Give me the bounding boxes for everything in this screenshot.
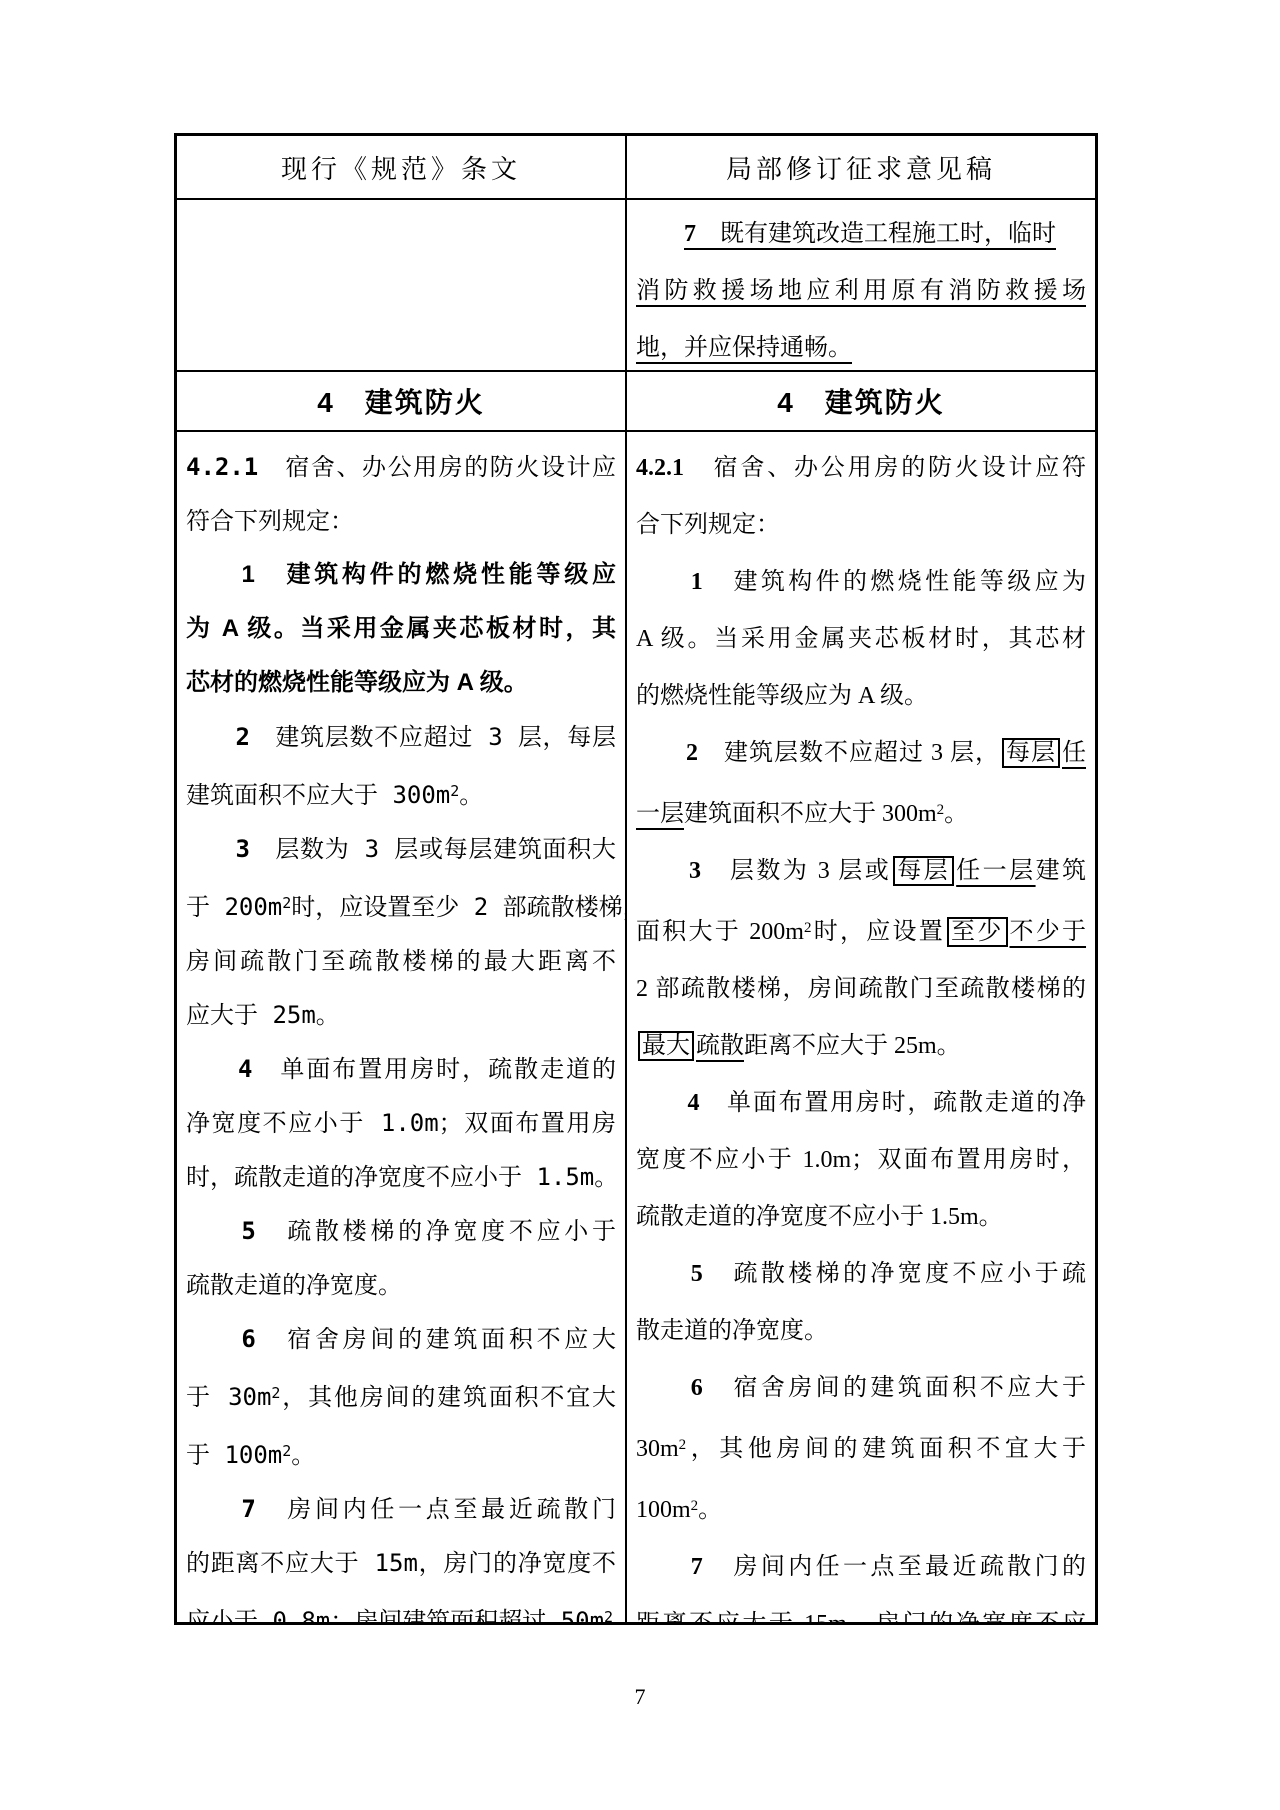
text-line: 5 疏散楼梯的净宽度不应小于疏 [636, 1246, 1086, 1303]
text-line: 100m2。 [636, 1478, 1086, 1539]
text-line: 1 建筑构件的燃烧性能等级应为 [636, 554, 1086, 611]
text-line: 2 建筑层数不应超过 3 层，每层 [186, 710, 616, 764]
text-line: 于 30m2，其他房间的建筑面积不宜大 [186, 1366, 616, 1424]
text-line: 距离不应大于 15m，房门的净宽度不应 [636, 1596, 1086, 1622]
text-line: 为 A 级。当采用金属夹芯板材时，其 [186, 602, 616, 656]
text-line: 2 部疏散楼梯，房间疏散门至疏散楼梯的 [636, 961, 1086, 1018]
text-line: 1 建筑构件的燃烧性能等级应 [186, 548, 616, 602]
text-line: 一层建筑面积不应大于 300m2。 [636, 782, 1086, 843]
text-line: 30m2，其他房间的建筑面积不宜大于 [636, 1417, 1086, 1478]
addition-row-right-cell: 7 既有建筑改造工程施工时，临时消防救援场地应利用原有消防救援场地，并应保持通畅… [627, 200, 1095, 372]
text-line: 宽度不应小于 1.0m；双面布置用房时， [636, 1132, 1086, 1189]
text-line: 4 单面布置用房时，疏散走道的 [186, 1042, 616, 1096]
text-line: A 级。当采用金属夹芯板材时，其芯材 [636, 611, 1086, 668]
text-line: 建筑面积不应大于 300m2。 [186, 764, 616, 822]
text-line: 4 单面布置用房时，疏散走道的净 [636, 1075, 1086, 1132]
text-line: 符合下列规定： [186, 494, 616, 548]
text-line: 应大于 25m。 [186, 988, 616, 1042]
text-line: 应小于 0.8m；房间建筑面积超过 50m2 [186, 1590, 616, 1622]
text-line: 散走道的净宽度。 [636, 1303, 1086, 1360]
header-current-code: 现行《规范》条文 [177, 136, 627, 200]
text-line: 于 100m2。 [186, 1424, 616, 1482]
text-line: 消防救援场地应利用原有消防救援场 [636, 263, 1086, 320]
text-line: 疏散走道的净宽度不应小于 1.5m。 [636, 1189, 1086, 1246]
text-line: 6 宿舍房间的建筑面积不应大于 [636, 1360, 1086, 1417]
page-number: 7 [0, 1684, 1280, 1710]
text-line: 4.2.1 宿舍、办公用房的防火设计应符 [636, 440, 1086, 497]
text-line: 时，疏散走道的净宽度不应小于 1.5m。 [186, 1150, 616, 1204]
addition-row-left-cell [177, 200, 627, 372]
header-revision-draft: 局部修订征求意见稿 [627, 136, 1095, 200]
text-line: 7 房间内任一点至最近疏散门的 [636, 1539, 1086, 1596]
text-line: 于 200m2时，应设置至少 2 部疏散楼梯， [186, 876, 616, 934]
text-line: 3 层数为 3 层或每层任一层建筑 [636, 843, 1086, 900]
body-left-cell: 4.2.1 宿舍、办公用房的防火设计应符合下列规定： 1 建筑构件的燃烧性能等级… [177, 432, 627, 1622]
text-line: 4.2.1 宿舍、办公用房的防火设计应 [186, 440, 616, 494]
header-revision-draft-label: 局部修订征求意见稿 [726, 149, 996, 186]
section-header-left: 4 建筑防火 [177, 372, 627, 432]
text-line: 7 房间内任一点至最近疏散门 [186, 1482, 616, 1536]
text-line: 房间疏散门至疏散楼梯的最大距离不 [186, 934, 616, 988]
text-line: 的燃烧性能等级应为 A 级。 [636, 668, 1086, 725]
section-header-right: 4 建筑防火 [627, 372, 1095, 432]
text-line: 3 层数为 3 层或每层建筑面积大 [186, 822, 616, 876]
document-page: 现行《规范》条文 局部修订征求意见稿 7 既有建筑改造工程施工时，临时消防救援场… [0, 0, 1280, 1810]
section-header-right-label: 4 建筑防火 [777, 381, 945, 421]
text-line: 7 既有建筑改造工程施工时，临时 [636, 206, 1086, 263]
section-header-left-label: 4 建筑防火 [317, 381, 485, 421]
text-line: 5 疏散楼梯的净宽度不应小于 [186, 1204, 616, 1258]
text-line: 面积大于 200m2时，应设置至少不少于 [636, 900, 1086, 961]
text-line: 芯材的燃烧性能等级应为 A 级。 [186, 656, 616, 710]
text-line: 6 宿舍房间的建筑面积不应大 [186, 1312, 616, 1366]
text-line: 最大疏散距离不应大于 25m。 [636, 1018, 1086, 1075]
text-line: 地，并应保持通畅。 [636, 320, 1086, 372]
text-line: 净宽度不应小于 1.0m；双面布置用房 [186, 1096, 616, 1150]
comparison-table: 现行《规范》条文 局部修订征求意见稿 7 既有建筑改造工程施工时，临时消防救援场… [174, 133, 1098, 1625]
text-line: 2 建筑层数不应超过 3 层，每层任 [636, 725, 1086, 782]
text-line: 的距离不应大于 15m，房门的净宽度不 [186, 1536, 616, 1590]
header-current-code-label: 现行《规范》条文 [281, 149, 521, 186]
text-line: 疏散走道的净宽度。 [186, 1258, 616, 1312]
text-line: 合下列规定： [636, 497, 1086, 554]
body-right-cell: 4.2.1 宿舍、办公用房的防火设计应符合下列规定： 1 建筑构件的燃烧性能等级… [627, 432, 1095, 1622]
